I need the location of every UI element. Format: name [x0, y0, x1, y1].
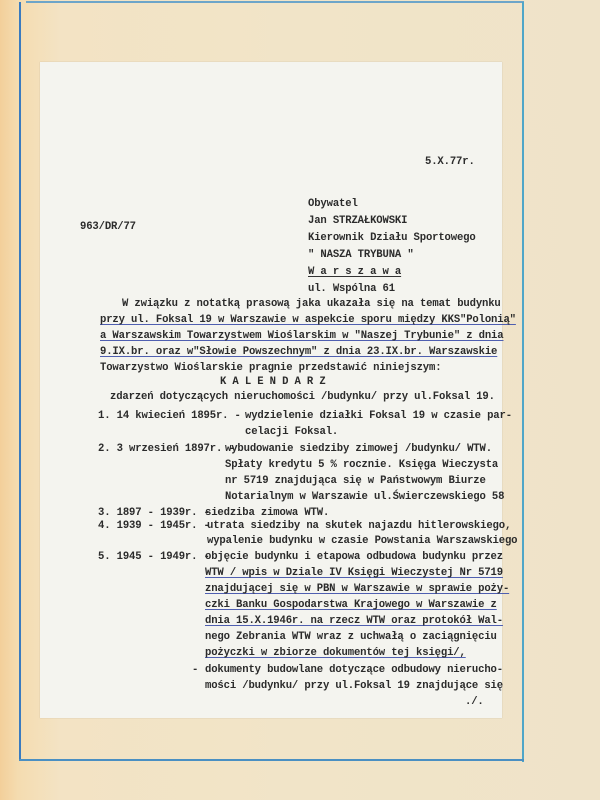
entry-3-date: 3. 1897 - 1939r. -: [98, 507, 210, 520]
intro-line-2: przy ul. Foksal 19 w Warszawie w aspekci…: [100, 314, 516, 327]
blue-frame-right: [522, 2, 524, 762]
entry-5-line-6: nego Zebrania WTW wraz z uchwałą o zacią…: [205, 631, 497, 644]
calendar-title: K A L E N D A R Z: [220, 376, 326, 389]
entry-4-line-2: wypalenie budynku w czasie Powstania War…: [207, 535, 517, 548]
continuation-mark: ./.: [465, 696, 484, 709]
recipient-newspaper: " NASZA TRYBUNA ": [308, 249, 414, 262]
entry-5-line-2: WTW / wpis w Dziale IV Księgi Wieczystej…: [205, 567, 503, 580]
entry-5-line-4: czki Banku Gospodarstwa Krajowego w Wars…: [205, 599, 497, 612]
recipient-name: Jan STRZAŁKOWSKI: [308, 215, 407, 228]
blue-frame-top: [26, 1, 524, 3]
letter-date: 5.X.77r.: [425, 156, 475, 169]
entry-6-line-1: dokumenty budowlane dotyczące odbudowy n…: [205, 664, 503, 677]
intro-line-3: a Warszawskim Towarzystwem Wioślarskim w…: [100, 330, 503, 343]
recipient-position: Kierownik Działu Sportowego: [308, 232, 476, 245]
intro-line-4: 9.IX.br. oraz w"Słowie Powszechnym" z dn…: [100, 346, 497, 359]
entry-1-date: 1. 14 kwiecień 1895r. -: [98, 410, 241, 423]
entry-5-line-1: objęcie budynku i etapowa odbudowa budyn…: [205, 551, 503, 564]
entry-2-line-4: Notarialnym w Warszawie ul.Świerczewskie…: [225, 491, 504, 504]
entry-3-line-1: siedziba zimowa WTW.: [205, 507, 329, 520]
entry-4-date: 4. 1939 - 1945r. -: [98, 520, 210, 533]
entry-1-line-2: celacji Foksal.: [245, 426, 338, 439]
calendar-subtitle: zdarzeń dotyczących nieruchomości /budyn…: [110, 391, 495, 404]
entry-5-line-7: pożyczki w zbiorze dokumentów tej księgi…: [205, 647, 466, 660]
entry-2-line-2: Spłaty kredytu 5 % rocznie. Księga Wiecz…: [225, 459, 498, 472]
recipient-address: ul. Wspólna 61: [308, 283, 395, 296]
entry-2-line-1: wybudowanie siedziby zimowej /budynku/ W…: [225, 443, 492, 456]
entry-2-line-3: nr 5719 znajdująca się w Państwowym Biur…: [225, 475, 486, 488]
recipient-city: W a r s z a w a: [308, 266, 401, 279]
recipient-salutation: Obywatel: [308, 198, 358, 211]
intro-line-1: W związku z notatką prasową jaka ukazała…: [122, 298, 501, 311]
entry-5-line-3: znajdującej się w PBN w Warszawie w spra…: [205, 583, 509, 596]
intro-line-5: Towarzystwo Wioślarskie pragnie przedsta…: [100, 362, 441, 375]
entry-4-line-1: utrata siedziby na skutek najazdu hitler…: [207, 520, 511, 533]
blue-frame-left: [19, 2, 21, 760]
entry-1-line-1: wydzielenie działki Foksal 19 w czasie p…: [245, 410, 512, 423]
blue-frame-bottom: [19, 759, 524, 761]
reference-number: 963/DR/77: [80, 221, 136, 234]
entry-2-date: 2. 3 wrzesień 1897r. -: [98, 443, 235, 456]
entry-6-line-2: mości /budynku/ przy ul.Foksal 19 znajdu…: [205, 680, 503, 693]
entry-6-dash: -: [192, 664, 198, 677]
entry-5-line-5: dnia 15.X.1946r. na rzecz WTW oraz proto…: [205, 615, 503, 628]
entry-5-date: 5. 1945 - 1949r. -: [98, 551, 210, 564]
